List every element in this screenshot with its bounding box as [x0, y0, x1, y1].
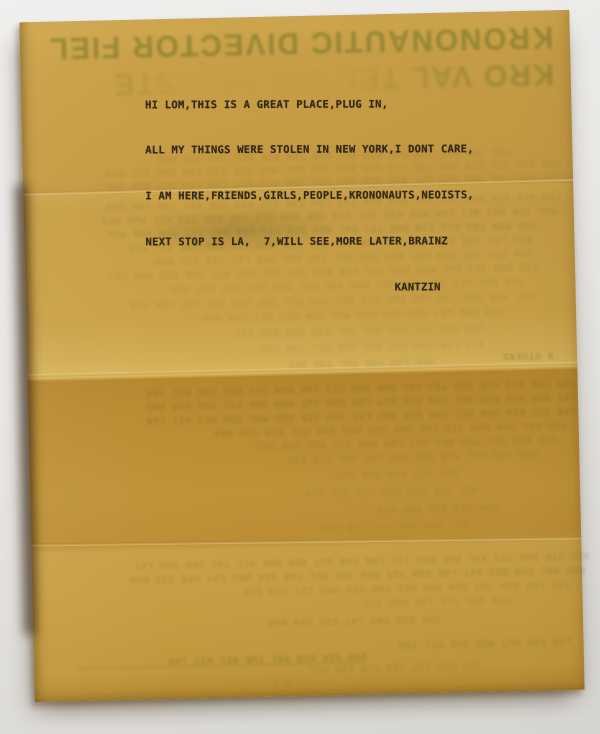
letter-line: I AM HERE,FRIENDS,GIRLS,PEOPLE,KRONONAUT… [145, 189, 474, 205]
letter-line: HI LOM,THIS IS A GREAT PLACE,PLUG IN, [145, 97, 474, 113]
bleedthrough-line: 3 1 [232, 674, 292, 688]
bleedthrough-line: TAR SEN DRO LAT VEN SIR KOD [181, 611, 441, 630]
fold-crease-bottom [31, 536, 581, 546]
bleedthrough-line: BES NIT LOR DAN SUT [258, 465, 458, 483]
photo-background-surface: KRONONAUTIC DIVECTOR FIELD KRO VAL TEN D… [0, 0, 600, 734]
bleedthrough-line: DON TES KAL MUR BEN [278, 499, 498, 517]
bleedthrough-line: VEN SIR KOD MAL TUR BES [255, 353, 435, 370]
letter-signature: KANTZIN [395, 280, 475, 296]
bleedthrough-fragment: '8 OTHERS [450, 347, 560, 362]
typewritten-message: HI LOM,THIS IS A GREAT PLACE,PLUG IN, AL… [145, 66, 474, 327]
letter-line: NEXT STOP IS LA, 7,WILL SEE,MORE LATER,B… [146, 234, 475, 250]
folded-letter-paper: KRONONAUTIC DIVECTOR FIELD KRO VAL TEN D… [19, 10, 584, 702]
bleedthrough-line: SUT REN VOK MIL TAR SEN [209, 516, 469, 535]
bleedthrough-line: MIL TAR SEN DRO LAT VEN SIR [178, 481, 478, 501]
letter-line: ALL MY THINGS WERE STOLEN IN NEW YORK,I … [145, 143, 474, 159]
